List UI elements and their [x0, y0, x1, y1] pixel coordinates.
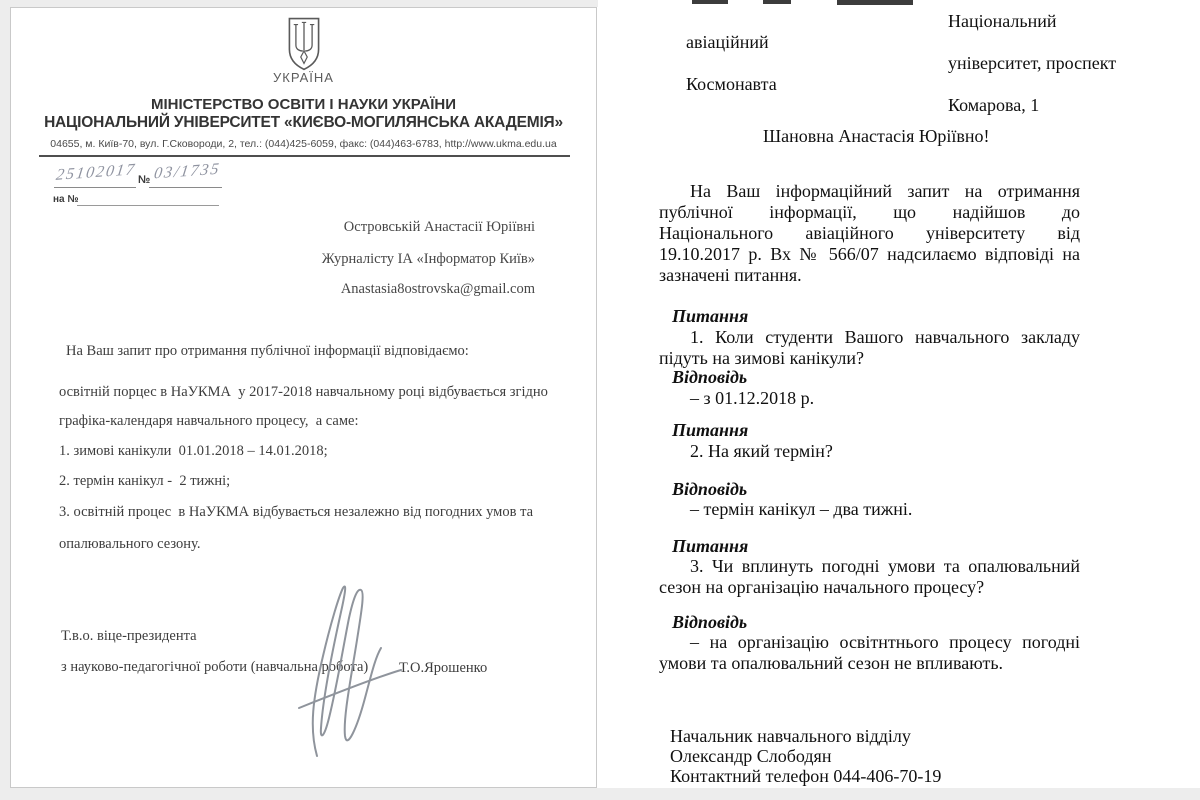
left-letter-page: УКРАЇНА МІНІСТЕРСТВО ОСВІТИ І НАУКИ УКРА… [10, 7, 597, 788]
question-line: сезон на організацію начального процесу? [659, 577, 984, 598]
question-line: підуть на зимові канікули? [659, 348, 864, 369]
signoff-title: Начальник навчального відділу [670, 726, 911, 747]
answer-line: – з 01.12.2018 р. [690, 388, 814, 409]
body-line: 1. зимові канікули 01.01.2018 – 14.01.20… [59, 443, 328, 460]
question-label: Питання [672, 420, 748, 441]
handwritten-date: 25102017 [55, 161, 137, 185]
question-line: 1. Коли студенти Вашого навчального закл… [659, 327, 1080, 348]
sender-address-line: Національний [948, 11, 1057, 32]
reply-to-underline [77, 205, 219, 206]
scan-margin-left [0, 0, 10, 788]
sender-address-line: Комарова, 1 [948, 95, 1039, 116]
body-line: опалювального сезону. [59, 536, 200, 553]
right-letter-page: Національний авіаційний університет, про… [600, 0, 1193, 788]
body-line: На Ваш запит про отримання публічної інф… [66, 343, 469, 360]
intro-line: зазначені питання. [659, 265, 802, 286]
sender-address-line: Космонавта [686, 74, 777, 95]
cut-off-text-artifact [692, 0, 728, 4]
country-label: УКРАЇНА [11, 70, 596, 85]
letterhead-contacts: 04655, м. Київ-70, вул. Г.Сковороди, 2, … [11, 138, 596, 150]
cut-off-text-artifact [837, 0, 913, 5]
body-line: 3. освітній процес в НаУКМА відбувається… [59, 504, 533, 521]
question-line: 3. Чи вплинуть погодні умови та опалювал… [659, 556, 1080, 577]
signer-name: Т.О.Ярошенко [399, 660, 487, 677]
question-line: 2. На який термін? [690, 441, 833, 462]
intro-line: публічної інформації, що надійшов до [659, 202, 1080, 223]
body-line: графіка-календаря навчального процесу, а… [59, 413, 358, 430]
signer-title-line1: Т.в.о. віце-президента [61, 628, 197, 645]
signoff-phone: Контактний телефон 044-406-70-19 [670, 766, 941, 787]
handwritten-ref-number: 03/1735 [153, 161, 222, 184]
sender-address-line: університет, проспект [948, 53, 1116, 74]
addressee-role: Журналісту ІА «Інформатор Київ» [322, 251, 535, 268]
scan-margin-top [10, 0, 598, 7]
two-letters-collage: УКРАЇНА МІНІСТЕРСТВО ОСВІТИ І НАУКИ УКРА… [0, 0, 1200, 800]
number-sign: № [138, 174, 150, 186]
sender-address-line: авіаційний [686, 32, 769, 53]
answer-line: умови та опалювальний сезон не впливають… [659, 653, 1003, 674]
handwritten-signature [279, 578, 404, 768]
salutation: Шановна Анастасія Юріївно! [763, 126, 990, 147]
scan-margin-bottom [0, 788, 1200, 800]
body-line: освітній порцес в НаУКМА у 2017-2018 нав… [59, 384, 548, 401]
question-label: Питання [672, 306, 748, 327]
answer-line: – на організацію освітнтнього процесу по… [659, 632, 1080, 653]
ukraine-trident-emblem-icon [284, 17, 324, 71]
reply-to-label: на № [53, 194, 79, 205]
question-label: Питання [672, 536, 748, 557]
intro-line: Національного авіаційного університету в… [659, 223, 1080, 244]
letterhead-rule [39, 155, 570, 157]
addressee-email: Anastasia8ostrovska@gmail.com [341, 281, 535, 298]
answer-line: – термін канікул – два тижні. [690, 499, 912, 520]
intro-line: На Ваш інформаційний запит на отримання [659, 181, 1080, 202]
answer-label: Відповідь [672, 479, 747, 500]
ministry-title: МІНІСТЕРСТВО ОСВІТИ І НАУКИ УКРАЇНИ [11, 96, 596, 113]
cut-off-text-artifact [763, 0, 791, 4]
date-underline [54, 187, 136, 188]
answer-label: Відповідь [672, 612, 747, 633]
university-title: НАЦІОНАЛЬНИЙ УНІВЕРСИТЕТ «КИЄВО-МОГИЛЯНС… [11, 114, 596, 132]
intro-line: 19.10.2017 р. Вх № 566/07 надсилаємо від… [659, 244, 1080, 265]
body-line: 2. термін канікул - 2 тижні; [59, 473, 230, 490]
answer-label: Відповідь [672, 367, 747, 388]
ref-underline [149, 187, 222, 188]
addressee-name: Островській Анастасії Юріївні [344, 219, 535, 236]
signoff-name: Олександр Слободян [670, 746, 831, 767]
